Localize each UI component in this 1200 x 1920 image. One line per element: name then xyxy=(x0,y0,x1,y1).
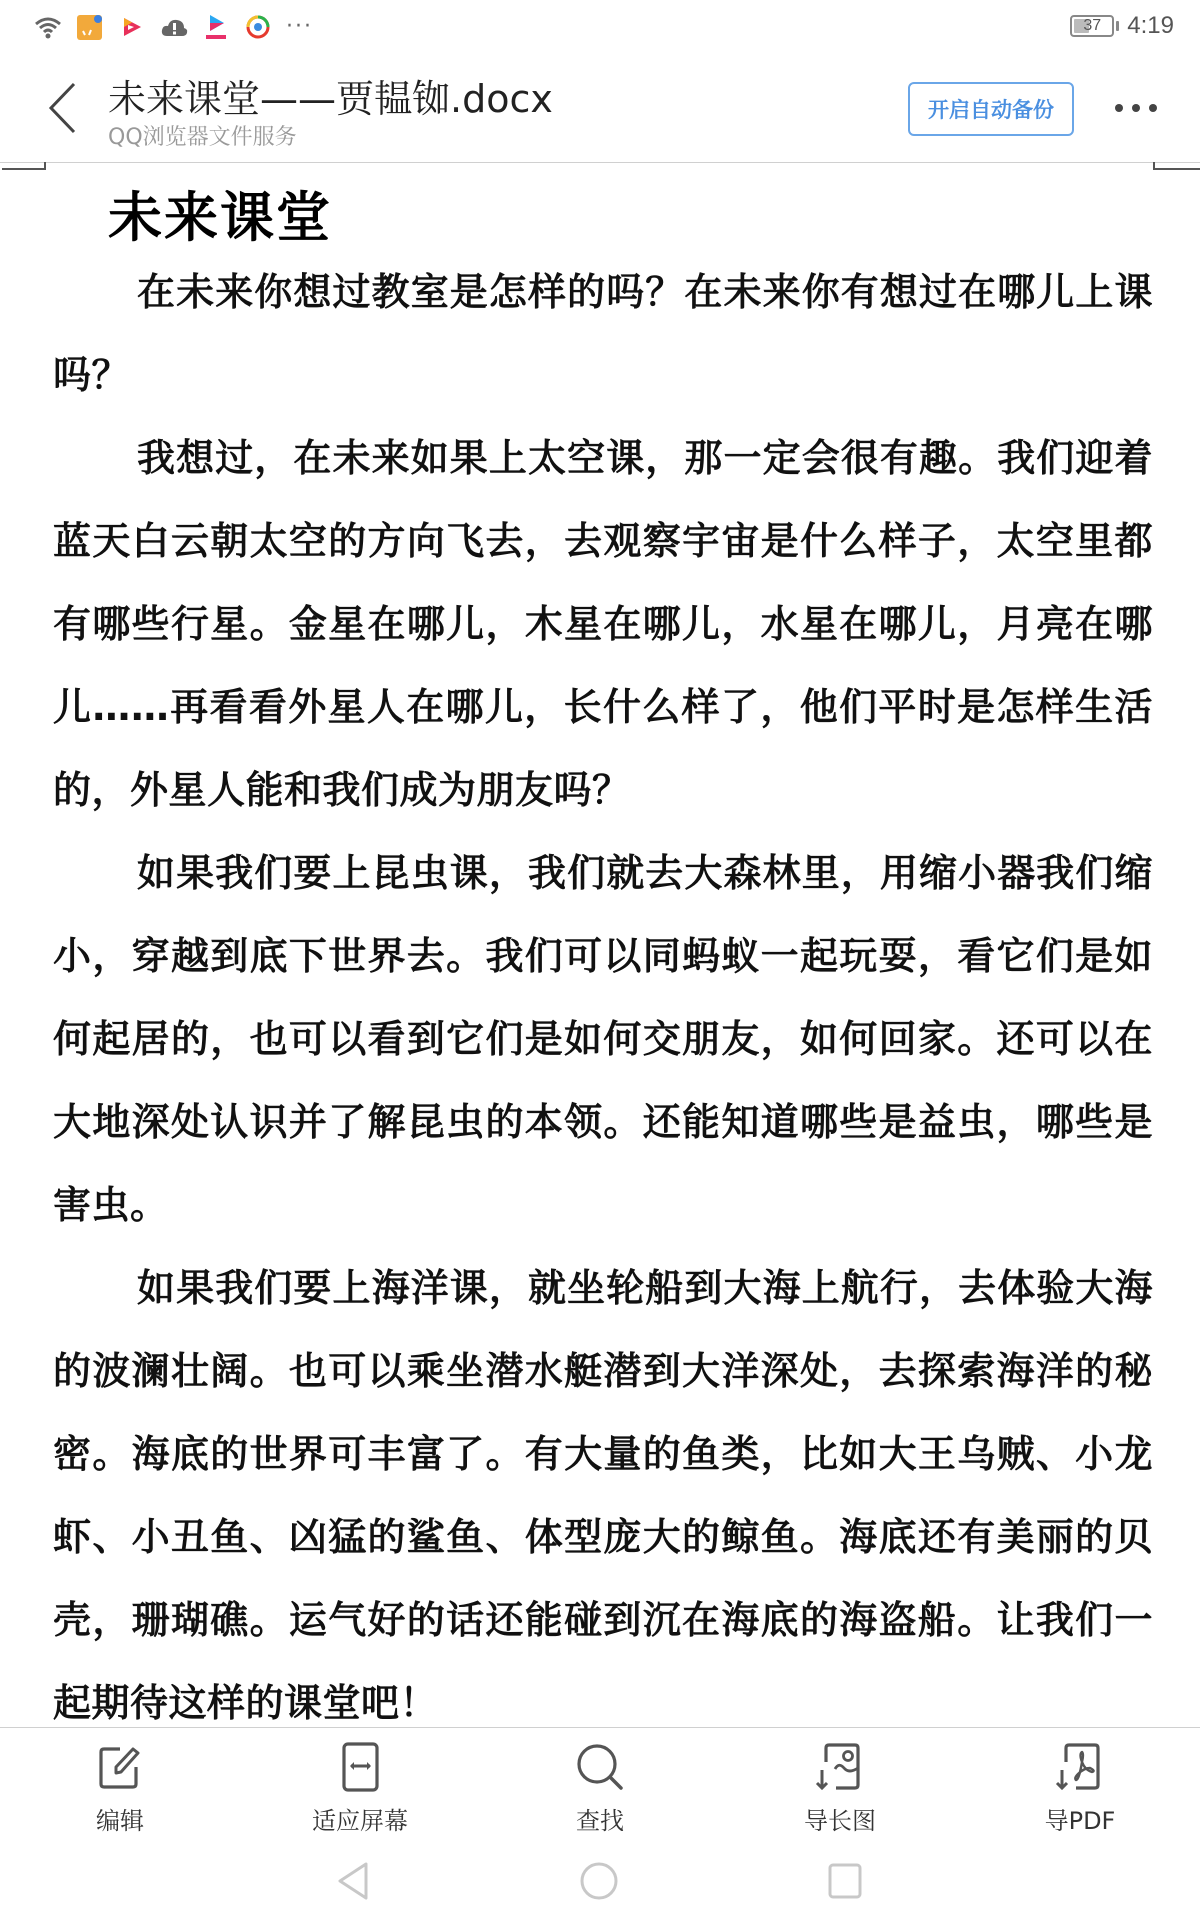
battery-tip xyxy=(1116,21,1119,31)
back-icon xyxy=(336,1861,370,1901)
nav-recents-button[interactable] xyxy=(820,1856,870,1906)
wifi-icon xyxy=(34,13,62,41)
document-heading: 未来课堂 xyxy=(108,175,332,252)
fit-screen-label: 适应屏幕 xyxy=(312,1801,408,1836)
search-label: 查找 xyxy=(576,1801,624,1836)
more-options-button[interactable] xyxy=(1106,90,1166,126)
more-dot-icon xyxy=(1149,104,1157,112)
export-long-image-label: 导长图 xyxy=(804,1801,876,1836)
export-pdf-button[interactable]: 导PDF xyxy=(960,1728,1200,1836)
enable-auto-backup-button[interactable]: 开启自动备份 xyxy=(908,82,1074,136)
edit-icon xyxy=(93,1740,147,1793)
back-button[interactable] xyxy=(40,78,84,138)
fit-screen-button[interactable]: 适应屏幕 xyxy=(240,1728,480,1836)
system-navigation-bar xyxy=(0,1840,1200,1920)
chevron-left-icon xyxy=(47,81,77,135)
tencent-news-icon xyxy=(244,13,272,41)
paragraph: 如果我们要上昆虫课，我们就去大森林里，用缩小器我们缩小，穿越到底下世界去。我们可… xyxy=(53,832,1153,1247)
export-long-image-icon xyxy=(813,1740,867,1793)
export-pdf-icon xyxy=(1053,1740,1107,1793)
nav-home-button[interactable] xyxy=(574,1856,624,1906)
document-title: 未来课堂——贾韫铷.docx xyxy=(108,68,553,123)
paragraph: 在未来你想过教室是怎样的吗？在未来你有想过在哪儿上课吗？ xyxy=(53,251,1153,417)
export-pdf-label: 导PDF xyxy=(1045,1801,1116,1836)
search-icon xyxy=(573,1740,627,1793)
search-button[interactable]: 查找 xyxy=(480,1728,720,1836)
home-icon xyxy=(579,1861,619,1901)
more-notifications-icon: ··· xyxy=(286,13,313,41)
paragraph: 如果我们要上海洋课，就坐轮船到大海上航行，去体验大海的波澜壮阔。也可以乘坐潜水艇… xyxy=(53,1247,1153,1727)
more-dot-icon xyxy=(1115,104,1123,112)
more-dot-icon xyxy=(1132,104,1140,112)
document-source: QQ浏览器文件服务 xyxy=(108,120,297,151)
document-viewer[interactable]: 未来课堂 在未来你想过教室是怎样的吗？在未来你有想过在哪儿上课吗？ 我想过，在未… xyxy=(0,163,1200,1727)
paragraph: 我想过，在未来如果上太空课，那一定会很有趣。我们迎着蓝天白云朝太空的方向飞去，去… xyxy=(53,417,1153,832)
nav-back-button[interactable] xyxy=(328,1856,378,1906)
cloud-alert-icon xyxy=(160,13,188,41)
video-app-icon xyxy=(118,13,146,41)
export-long-image-button[interactable]: 导长图 xyxy=(720,1728,960,1836)
fit-screen-icon xyxy=(333,1740,387,1793)
status-bar: ··· 37 4:19 xyxy=(0,0,1200,54)
battery-level: 37 xyxy=(1083,17,1101,35)
app-notification-icon xyxy=(76,13,104,41)
bottom-toolbar: 编辑 适应屏幕 查找 导长图 导PDF xyxy=(0,1728,1200,1836)
battery-icon: 37 xyxy=(1070,15,1114,37)
notification-icons: ··· xyxy=(34,12,313,42)
edit-button[interactable]: 编辑 xyxy=(0,1728,240,1836)
recents-icon xyxy=(827,1862,863,1900)
youku-icon xyxy=(202,13,230,41)
edit-label: 编辑 xyxy=(96,1801,144,1836)
clock: 4:19 xyxy=(1127,12,1174,40)
app-header: 未来课堂——贾韫铷.docx QQ浏览器文件服务 开启自动备份 xyxy=(0,54,1200,162)
document-body: 在未来你想过教室是怎样的吗？在未来你有想过在哪儿上课吗？ 我想过，在未来如果上太… xyxy=(53,251,1153,1727)
